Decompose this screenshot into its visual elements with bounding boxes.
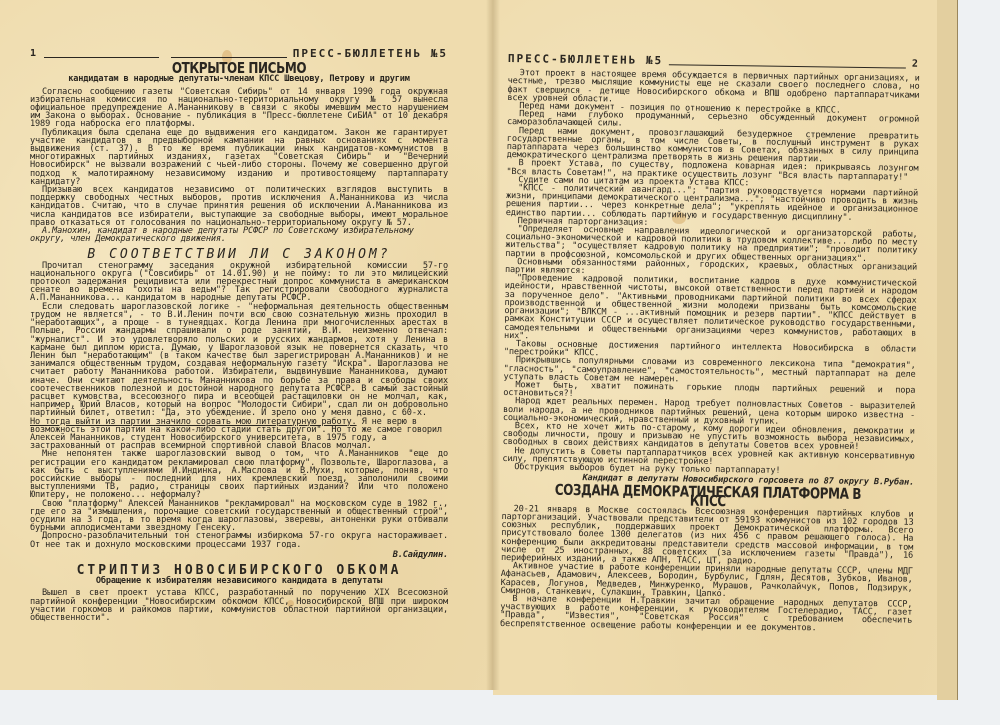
signature: В.Сайдулин. (30, 551, 448, 559)
signature: А.Манохин, кандидат в народные депутаты … (30, 227, 448, 243)
article-title: В СООТВЕТСТВИИ ЛИ С ЗАКОНОМ? (30, 251, 448, 259)
paragraph: "Проведение кадровой политики, воспитани… (504, 274, 917, 345)
article-title: СОЗДАНА ДЕМОКРАТИЧЕСКАЯ ПЛАТФОРМА В КПСС (543, 486, 873, 507)
paragraph: Мне непонятен также шароглазовский вывод… (30, 450, 448, 499)
running-head: 1 ПРЕСС-БЮЛЛЕТЕНЬ №5 (30, 50, 448, 58)
paragraph: Призываю всех кандидатов независимо от п… (30, 186, 448, 227)
paragraph: Согласно сообщению газеты "Советская Сиб… (30, 88, 448, 129)
paragraph: 20-21 января в Москве состоялась Всесоюз… (501, 505, 914, 568)
paragraph: Прочитал стенограмму заседания окружной … (30, 262, 448, 303)
newsletter-title: ПРЕСС-БЮЛЛЕТЕНЬ №5 (293, 50, 448, 58)
page-gutter-fold (486, 0, 500, 690)
newsletter-title: ПРЕСС-БЮЛЛЕТЕНЬ №5 (508, 55, 663, 65)
article-title: ОТКРЫТОЕ ПИСЬМО (72, 64, 406, 72)
paragraph: Публикация была сделана еще до выдвижени… (30, 129, 448, 186)
article-title: СТРИПТИЗ НОВОСИБИРСКОГО ОБКОМА (30, 567, 448, 575)
right-page: ПРЕСС-БЮЛЛЕТЕНЬ №5 2 Этот проект в насто… (500, 55, 920, 634)
left-page: 1 ПРЕСС-БЮЛЛЕТЕНЬ №5 ОТКРЫТОЕ ПИСЬМО кан… (30, 50, 448, 622)
paragraph: Если следовать шароглазовской логике - "… (30, 303, 448, 418)
underlying-page-edge (937, 0, 958, 700)
page-number: 1 (30, 50, 38, 58)
paragraph: Свою "платформу" Алексей Мананников "рек… (30, 500, 448, 533)
page-number: 2 (912, 61, 920, 69)
paragraph: Вышел в свет проект устава КПСС, разрабо… (30, 589, 448, 622)
article-subtitle: Обращение к избирателям независимого кан… (30, 577, 448, 585)
paragraph: В начале конференции Н.Травкин зачитал о… (500, 595, 912, 634)
paragraph: Допросно-разоблачительный тон стенограмм… (30, 532, 448, 548)
